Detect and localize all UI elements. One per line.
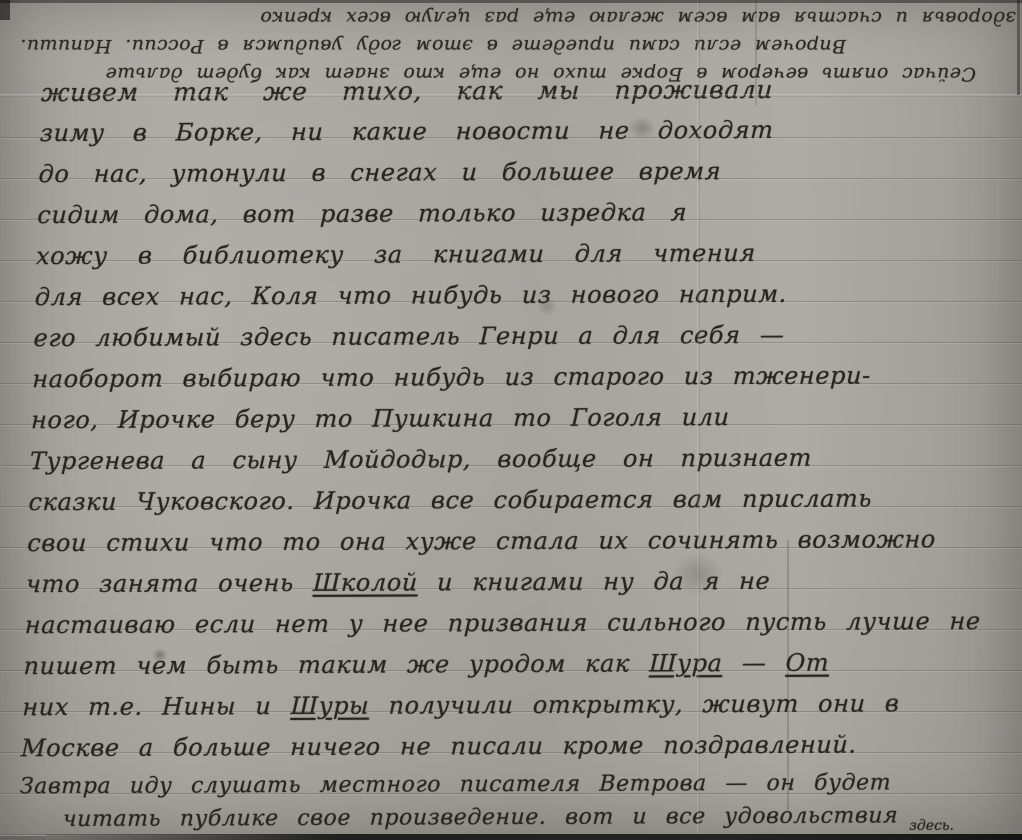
letter-line: Москве а больше ничего не писали кроме п…	[20, 724, 1007, 769]
scan-edge-bottom	[46, 834, 1022, 840]
letter-line: сидим дома, вот разве только изредка я	[37, 191, 1022, 236]
letter-line: свои стихи что то она хуже стала их сочи…	[27, 519, 1014, 564]
letter-body: живем так же тихо, как мы проживализиму …	[18, 68, 1022, 840]
inverted-letter-line: здоровья и счастья вам всем желаю еще ра…	[6, 4, 1016, 32]
letter-footnote: здесь.	[909, 818, 954, 834]
letter-line: хожу в библиотеку за книгами для чтения	[36, 232, 1022, 277]
letter-line: Тургенева а сыну Мойдодыр, вообще он при…	[29, 437, 1016, 482]
letter-line: наоборот выбираю что нибудь из старого и…	[32, 355, 1019, 400]
scan-edge-top	[0, 0, 1022, 3]
letter-line: его любимый здесь писатель Генри а для с…	[33, 314, 1020, 359]
letter-line: до нас, утонули в снегах и большее время	[38, 150, 1022, 195]
letter-line: пишет чем быть таким же уродом как Шура …	[23, 642, 1010, 687]
letter-line: живем так же тихо, как мы проживали	[41, 68, 1022, 113]
letter-page: здоровья и счастья вам всем желаю еще ра…	[0, 0, 1022, 840]
letter-line: сказки Чуковского. Ирочка все собирается…	[28, 478, 1015, 523]
scan-edge-bottom-left	[0, 836, 46, 840]
letter-line: настаиваю если нет у нее призвания сильн…	[24, 601, 1011, 646]
letter-line: ного, Ирочке беру то Пушкина то Гоголя и…	[30, 396, 1017, 441]
letter-line: зиму в Борке, ни какие новости не доходя…	[39, 109, 1022, 154]
inverted-letter-line: Впрочем если сами приедете в этом году у…	[6, 32, 1016, 60]
letter-line: что занята очень Школой и книгами ну да …	[25, 560, 1012, 605]
letter-line: Завтра иду слушать местного писателя Вет…	[19, 765, 1006, 805]
scan-edge-right	[1017, 0, 1020, 95]
letter-line: них т.е. Нины и Шуры получили открытку, …	[22, 683, 1009, 728]
letter-line: читать публике свое произведение. вот и …	[18, 801, 1005, 835]
scan-edge-corner	[0, 0, 10, 20]
letter-line: для всех нас, Коля что нибудь из нового …	[34, 273, 1021, 318]
